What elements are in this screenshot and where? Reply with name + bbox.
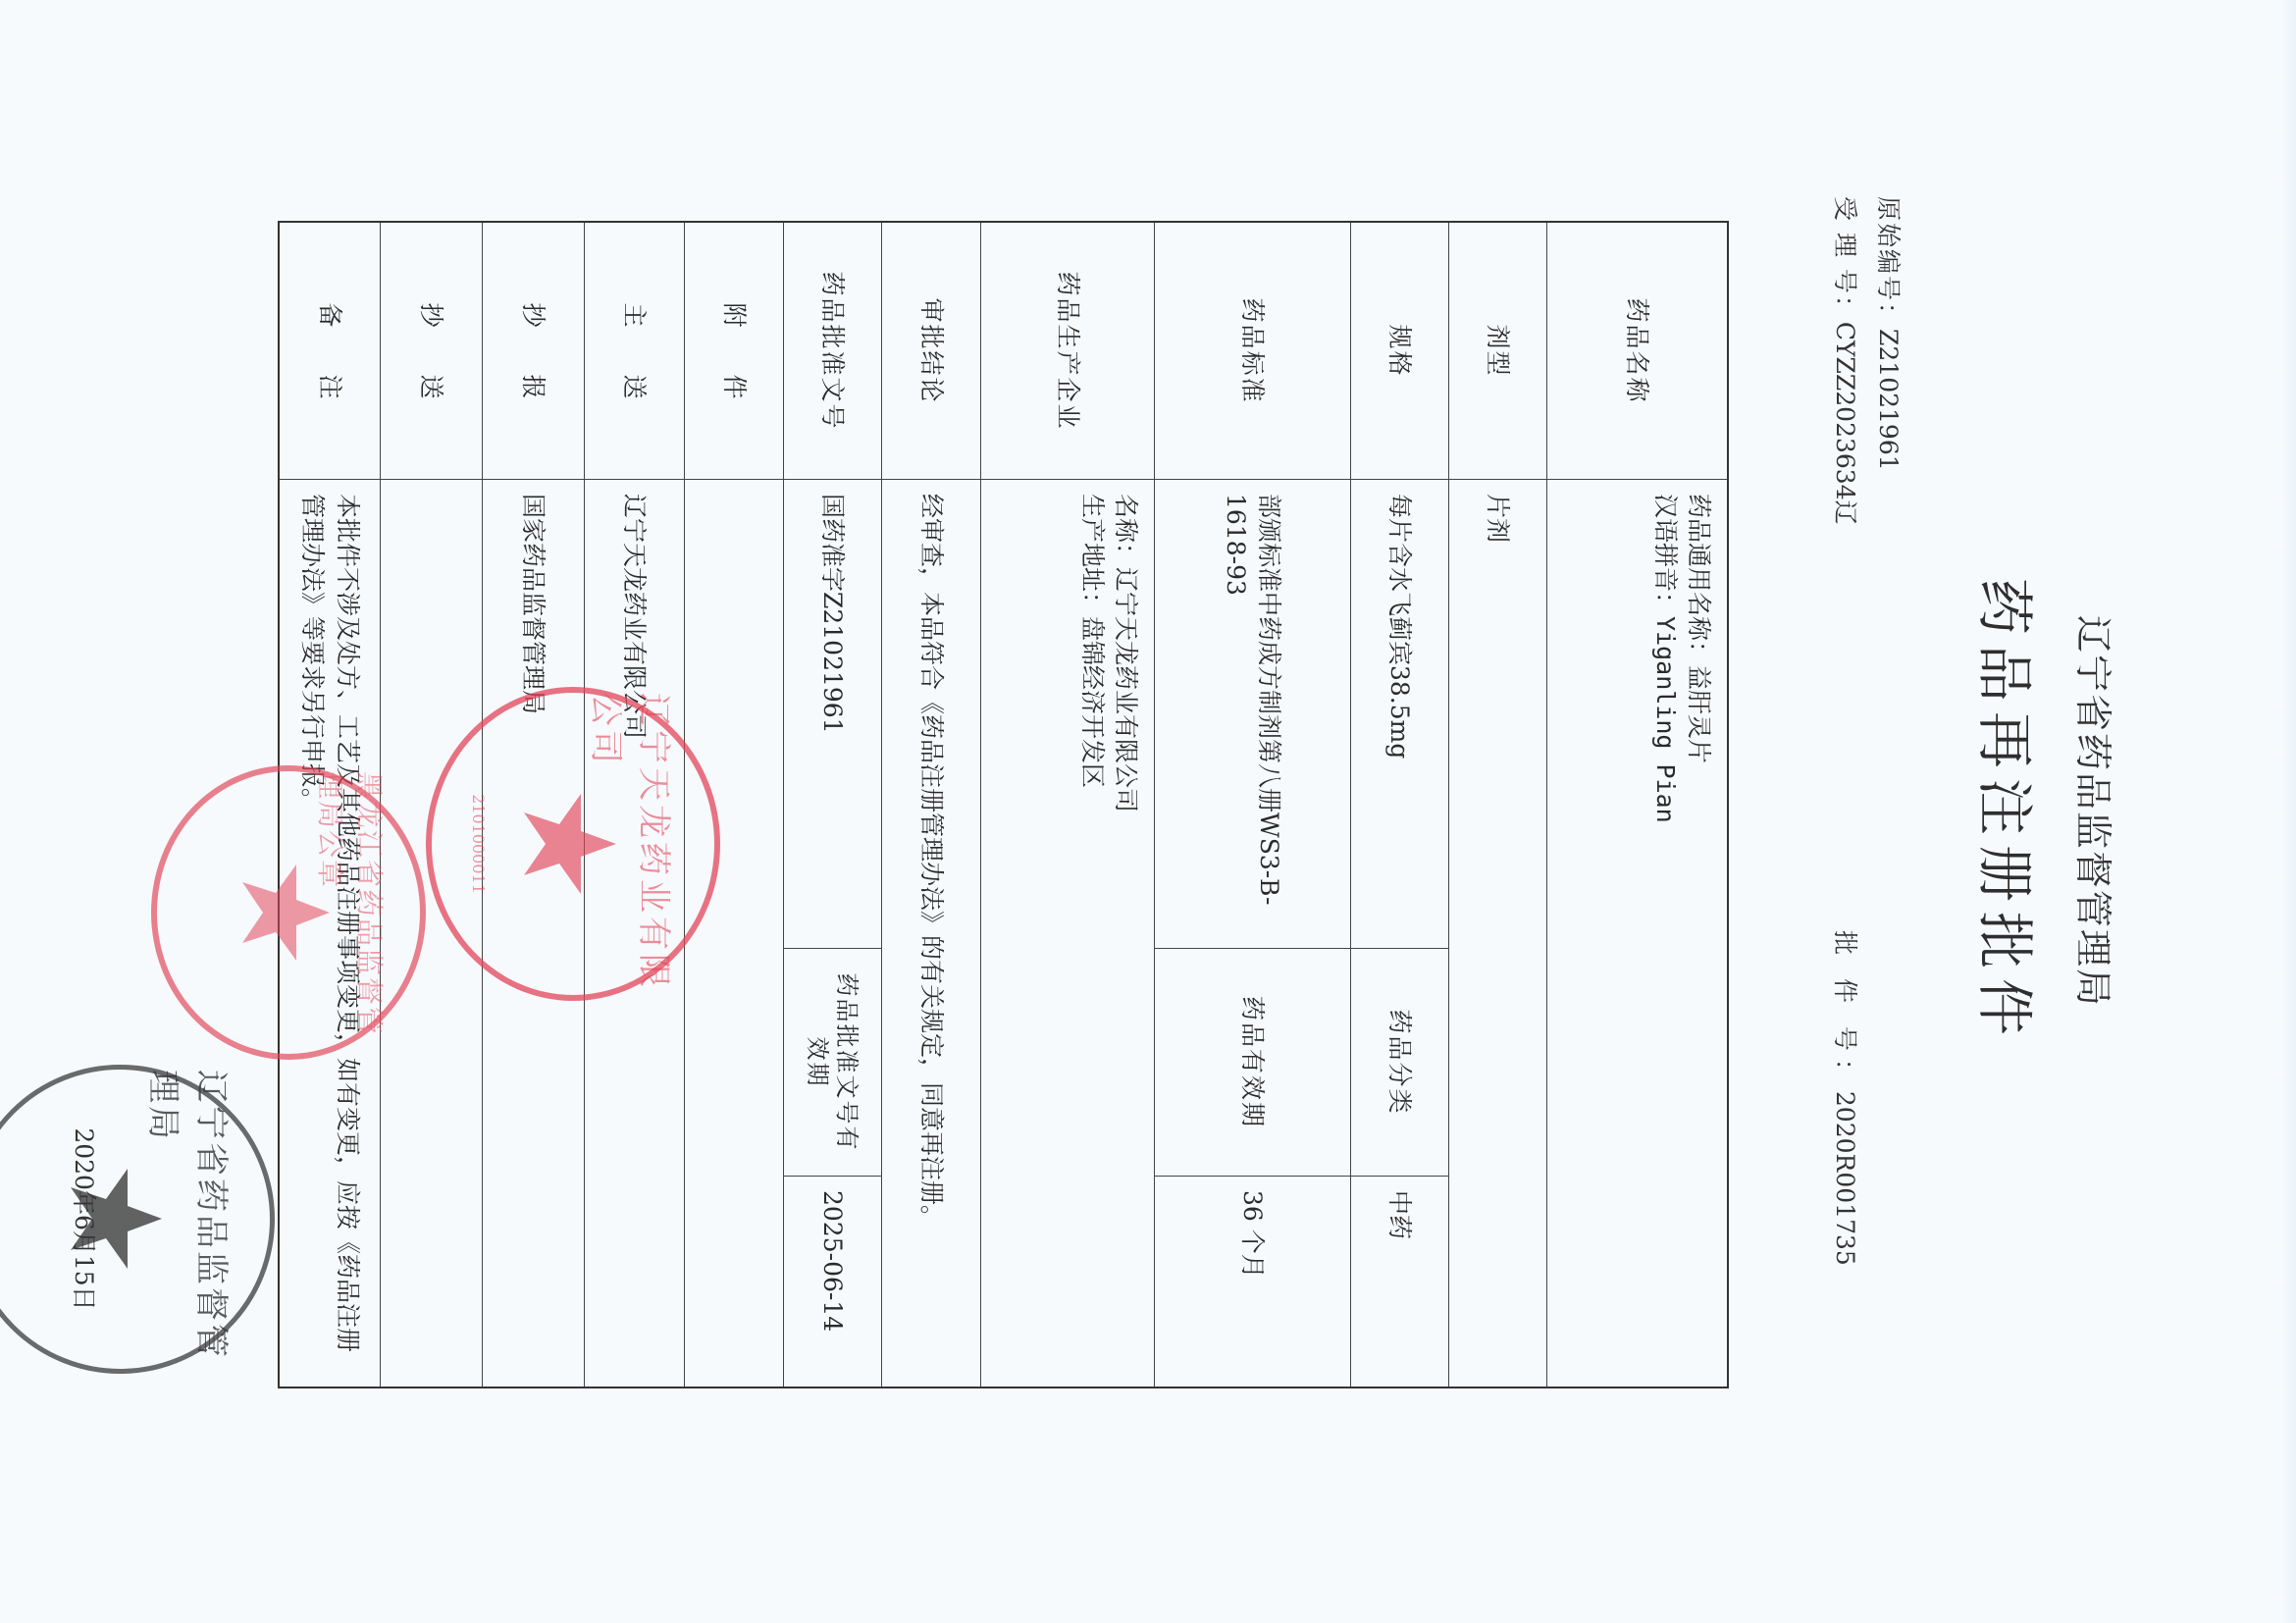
manufacturer-address-label: 生产地址： xyxy=(1078,494,1107,616)
shelf-life-value: 36 个月 xyxy=(1155,1177,1350,1387)
approval-doc-number-value: 国药准字Z21021961 xyxy=(784,480,881,949)
main-recipient-label: 主 送 xyxy=(585,223,684,480)
acceptance-number: 受 理 号：CYZZ2023634辽 xyxy=(1829,196,1864,525)
original-number-label: 原始编号： xyxy=(1874,196,1903,329)
official-seal-text: 辽宁省药品监督管理局 xyxy=(142,1070,238,1369)
copy-to-label: 抄 送 xyxy=(381,223,482,480)
specification-value: 每片含水飞蓟宾38.5mg xyxy=(1351,480,1448,949)
second-seal-text: 黑龙江省药品监督管理局公章 xyxy=(312,771,391,1054)
manufacturer-address: 盘锦经济开发区 xyxy=(1078,616,1107,788)
row-approval-doc-number: 药品批准文号 国药准字Z21021961 药品批准文号有效期 2025-06-1… xyxy=(783,223,881,1387)
generic-name-line: 药品通用名称：益肝灵片 xyxy=(1682,494,1715,823)
approval-number-label: 批 件 号： xyxy=(1831,930,1859,1091)
approval-validity-value: 2025-06-14 xyxy=(784,1177,881,1387)
manufacturer-name-line: 名称：辽宁天龙药业有限公司 xyxy=(1109,494,1142,812)
drug-name-label: 药品名称 xyxy=(1547,223,1727,480)
approval-doc-number-label: 药品批准文号 xyxy=(784,223,881,480)
acceptance-number-label: 受 理 号： xyxy=(1831,196,1859,322)
manufacturer-name-label: 名称： xyxy=(1112,494,1140,567)
acceptance-number-value: CYZZ2023634辽 xyxy=(1831,322,1859,525)
row-specification: 规格 每片含水飞蓟宾38.5mg 药品分类 中药 药品标准 部颁标准中药成方制剂… xyxy=(1154,223,1448,1387)
official-seal-date: 2020年6月15日 xyxy=(68,1127,103,1310)
manufacturer-address-line: 生产地址：盘锦经济开发区 xyxy=(1075,494,1109,812)
manufacturer-label: 药品生产企业 xyxy=(981,223,1154,480)
attachment-label: 附 件 xyxy=(685,223,783,480)
issuer-heading: 辽宁省药品监督管理局 xyxy=(2069,0,2123,1623)
original-number: 原始编号：Z21021961 xyxy=(1872,196,1907,471)
specification-label: 规格 xyxy=(1351,223,1448,480)
scan-edge xyxy=(2282,0,2296,1623)
generic-name-label: 药品通用名称： xyxy=(1685,494,1713,665)
approval-validity-label: 药品批准文号有效期 xyxy=(784,949,881,1177)
document-page: 辽宁省药品监督管理局 药品再注册批件 原始编号：Z21021961 受 理 号：… xyxy=(0,0,2296,1623)
dosage-form-label: 剂型 xyxy=(1449,223,1546,480)
drug-name-value: 药品通用名称：益肝灵片 汉语拼音：Yiganling Pian xyxy=(1547,480,1727,1387)
company-seal-code: 2101000011 xyxy=(469,794,488,894)
standard-value: 部颁标准中药成方制剂第八册WS3-B-1618-93 xyxy=(1155,480,1350,949)
row-manufacturer: 药品生产企业 名称：辽宁天龙药业有限公司 生产地址：盘锦经济开发区 xyxy=(980,223,1154,1387)
company-seal: 辽宁天龙药业有限公司 2101000011 xyxy=(426,687,720,1001)
row-dosage-form: 剂型 片剂 xyxy=(1448,223,1546,1387)
remarks-label: 备 注 xyxy=(280,223,380,480)
standard-label: 药品标准 xyxy=(1155,223,1350,480)
pinyin-label: 汉语拼音： xyxy=(1651,494,1680,616)
pinyin-line: 汉语拼音：Yiganling Pian xyxy=(1648,494,1682,823)
conclusion-label: 审批结论 xyxy=(882,223,980,480)
approval-number: 批 件 号：2020R001735 xyxy=(1829,930,1864,1266)
pinyin: Yiganling Pian xyxy=(1651,616,1680,823)
official-seal: 辽宁省药品监督管理局 2020年6月15日 xyxy=(0,1065,275,1374)
manufacturer-value: 名称：辽宁天龙药业有限公司 生产地址：盘锦经济开发区 xyxy=(981,480,1154,1387)
row-conclusion: 审批结论 经审查，本品符合《药品注册管理办法》的有关规定，同意再注册。 xyxy=(881,223,980,1387)
manufacturer-name: 辽宁天龙药业有限公司 xyxy=(1112,567,1140,812)
category-value: 中药 xyxy=(1351,1177,1448,1387)
shelf-life-label: 药品有效期 xyxy=(1155,949,1350,1177)
dosage-form-value: 片剂 xyxy=(1449,480,1546,1387)
document-title: 药品再注册批件 xyxy=(1968,0,2051,1623)
original-number-value: Z21021961 xyxy=(1874,329,1903,471)
category-label: 药品分类 xyxy=(1351,949,1448,1177)
conclusion-value: 经审查，本品符合《药品注册管理办法》的有关规定，同意再注册。 xyxy=(882,480,980,1387)
report-to-label: 抄 报 xyxy=(483,223,584,480)
second-seal: 黑龙江省药品监督管理局公章 xyxy=(151,765,426,1060)
company-seal-text: 辽宁天龙药业有限公司 xyxy=(585,693,681,995)
generic-name: 益肝灵片 xyxy=(1685,665,1713,763)
row-drug-name: 药品名称 药品通用名称：益肝灵片 汉语拼音：Yiganling Pian xyxy=(1546,223,1727,1387)
approval-number-value: 2020R001735 xyxy=(1831,1091,1859,1266)
